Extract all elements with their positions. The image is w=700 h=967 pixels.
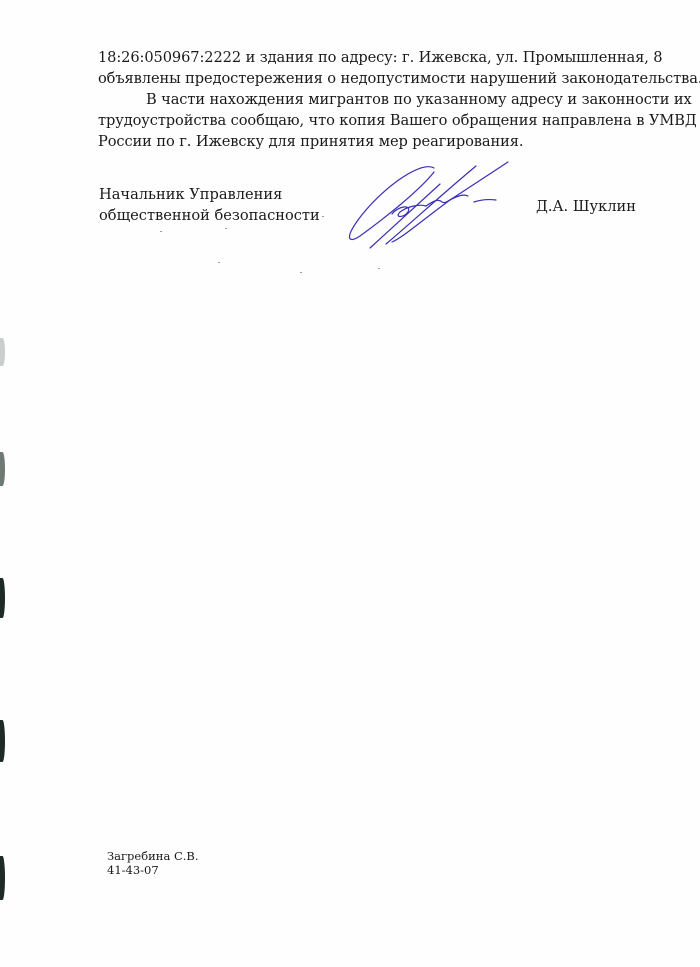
text-line: России по г. Ижевску для принятия мер ре… (98, 131, 636, 152)
text-line: 18:26:050967:2222 и здания по адресу: г.… (98, 47, 636, 68)
scan-speck (218, 262, 220, 263)
scan-speck (300, 272, 302, 273)
text-line: объявлены предостережения о недопустимос… (98, 68, 636, 89)
executor-name: Загребина С.В. (107, 849, 199, 863)
signer-name: Д.А. Шуклин (536, 196, 636, 217)
signer-position-line: общественной безопасности (99, 205, 320, 226)
scan-speck (322, 216, 324, 217)
text-line: В части нахождения мигрантов по указанно… (98, 89, 636, 110)
signer-position: Начальник Управления общественной безопа… (99, 184, 320, 226)
scan-edge-mark (0, 856, 5, 900)
paragraph-migrants: В части нахождения мигрантов по указанно… (98, 89, 636, 152)
handwritten-signature (330, 160, 510, 260)
scan-speck (160, 231, 162, 232)
scan-edge-mark (0, 578, 5, 618)
text-line: трудоустройства сообщаю, что копия Вашег… (98, 110, 636, 131)
document-page: 18:26:050967:2222 и здания по адресу: г.… (0, 0, 700, 967)
executor-phone: 41-43-07 (107, 863, 199, 877)
scan-edge-mark (0, 452, 5, 486)
executor-info: Загребина С.В. 41-43-07 (107, 849, 199, 877)
letter-body: 18:26:050967:2222 и здания по адресу: г.… (98, 47, 636, 152)
scan-edge-mark (0, 720, 5, 762)
scan-edge-mark (0, 338, 5, 366)
signer-position-line: Начальник Управления (99, 184, 320, 205)
scan-speck (378, 268, 380, 269)
scan-speck (225, 228, 227, 229)
paragraph-warnings: 18:26:050967:2222 и здания по адресу: г.… (98, 47, 636, 89)
